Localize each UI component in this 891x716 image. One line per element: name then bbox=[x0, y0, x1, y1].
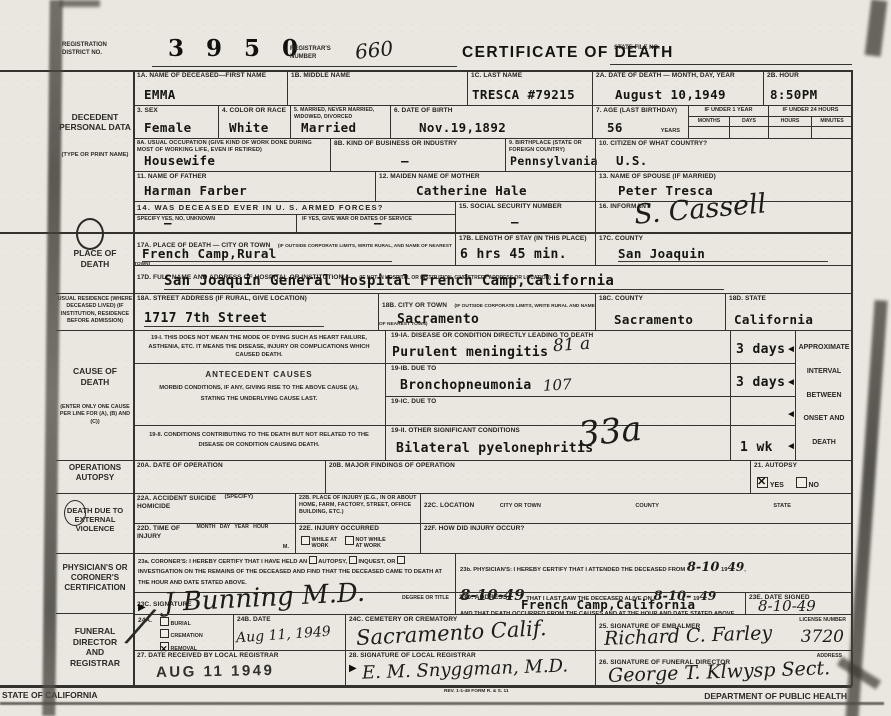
field-20a: 20a. DATE OF OPERATION bbox=[133, 460, 325, 493]
field-17b-value: 6 hrs 45 min. bbox=[460, 247, 567, 262]
rule bbox=[56, 553, 133, 554]
registrar-date-stamp: AUG 11 1949 bbox=[156, 662, 275, 681]
field-18c-value: Sacramento bbox=[614, 312, 693, 327]
field-3-label: 3. SEX bbox=[134, 106, 218, 116]
coroner-opt2: INQUEST, OR bbox=[358, 559, 395, 565]
rule bbox=[385, 330, 386, 460]
torn-edge-left bbox=[42, 0, 62, 716]
while-at-work-label: WHILE AT WORK bbox=[312, 537, 344, 549]
field-4-value: White bbox=[229, 120, 269, 135]
field-24b: 24b. DATE Aug 11, 1949 bbox=[233, 614, 345, 650]
rule bbox=[730, 330, 731, 460]
field-2a: 2a. DATE OF DEATH — MONTH, DAY, YEAR Aug… bbox=[592, 71, 763, 105]
field-22b: 22b. PLACE OF INJURY (E.G., IN OR ABOUT … bbox=[295, 493, 420, 523]
state-file-label: STATE FILE NO. bbox=[614, 45, 660, 53]
field-18b: 18b. CITY OR TOWN (IF OUTSIDE CORPORATE … bbox=[378, 293, 595, 330]
registration-district-label: REGISTRATION DISTRICT NO. bbox=[62, 42, 134, 57]
hole-punch-mark bbox=[76, 218, 104, 250]
field-3-value: Female bbox=[144, 120, 192, 135]
pointer-icon: ▶ bbox=[349, 663, 357, 674]
field-17c-label: 17c. COUNTY bbox=[596, 234, 852, 244]
physician-year-from: 49 bbox=[727, 560, 744, 574]
antecedent-title: ANTECEDENT CAUSES bbox=[140, 370, 378, 380]
field-18d-value: California bbox=[734, 312, 813, 327]
field-18d-label: 18d. STATE bbox=[726, 294, 852, 304]
edge-smudge bbox=[60, 0, 100, 7]
field-1a-value: EMMA bbox=[144, 87, 176, 102]
embalmer-license-number: 3720 bbox=[801, 627, 844, 647]
field-4: 4. COLOR OR RACE White bbox=[218, 105, 290, 138]
field-22c-state: STATE bbox=[773, 503, 791, 509]
field-under24-label: IF UNDER 24 HOURS bbox=[769, 106, 852, 114]
field-under1: IF UNDER 1 YEAR MONTHS DAYS bbox=[688, 105, 768, 138]
field-6-value: Nov.19,1892 bbox=[419, 120, 506, 135]
autopsy-no-label: NO bbox=[808, 482, 819, 489]
field-22f: 22f. HOW DID INJURY OCCUR? bbox=[420, 523, 852, 553]
field-5: 5. MARRIED, NEVER MARRIED, WIDOWED, DIVO… bbox=[290, 105, 390, 138]
field-17c: 17c. COUNTY San Joaquin bbox=[595, 234, 852, 265]
field-1a-label: 1a. NAME OF DECEASED—FIRST NAME bbox=[134, 71, 287, 81]
field-13-label: 13. NAME OF SPOUSE (IF MARRIED) bbox=[596, 172, 852, 182]
field-4-label: 4. COLOR OR RACE bbox=[219, 106, 290, 116]
field-10: 10. CITIZEN OF WHAT COUNTRY? U.S. bbox=[595, 138, 852, 171]
rule bbox=[689, 126, 769, 127]
field-10-value: U.S. bbox=[616, 153, 648, 168]
field-under24-hours: HOURS bbox=[769, 118, 811, 125]
not-while-at-work-checkbox bbox=[345, 536, 354, 545]
field-19ib-code: 107 bbox=[543, 375, 573, 394]
field-18a-value: 1717 7th Street bbox=[144, 311, 324, 327]
rule bbox=[152, 66, 457, 67]
sidebar-place-of-death: PLACE OF DEATH bbox=[65, 248, 125, 269]
field-7-unit: YEARS bbox=[661, 128, 680, 135]
field-19ia-code: 81 a bbox=[552, 334, 590, 357]
sidebar-decedent-sub: (TYPE OR PRINT NAME) bbox=[57, 152, 133, 158]
field-22b-label: 22b. PLACE OF INJURY (E.G., IN OR ABOUT … bbox=[296, 494, 420, 517]
field-14-label: 14. WAS DECEASED EVER IN U. S. ARMED FOR… bbox=[134, 202, 455, 214]
field-23c-degree-label: DEGREE OR TITLE bbox=[402, 595, 449, 602]
checkbox-x-mark: ✕ bbox=[757, 475, 766, 488]
field-22d-m: M. bbox=[283, 544, 289, 551]
autopsy-no-checkbox bbox=[796, 477, 807, 488]
field-14-sub1: SPECIFY YES, NO, UNKNOWN bbox=[137, 216, 215, 223]
field-9-value: Pennsylvania bbox=[510, 154, 598, 168]
field-8a-value: Housewife bbox=[144, 153, 215, 168]
field-22c: 22c. LOCATION CITY OR TOWN COUNTY STATE bbox=[420, 493, 852, 523]
death-certificate-scan: REGISTRATION DISTRICT NO. 3 9 5 0 REGIST… bbox=[0, 0, 891, 716]
while-at-work-checkbox bbox=[301, 536, 310, 545]
cremation-checkbox bbox=[160, 629, 169, 638]
field-17a: 17a. PLACE OF DEATH — CITY OR TOWN (IF O… bbox=[133, 234, 455, 265]
field-22d-label: 22d. TIME OF INJURY bbox=[134, 524, 192, 543]
field-19ib-label: 19-Ib. DUE TO bbox=[388, 364, 728, 374]
sidebar-certification: PHYSICIAN'S OR CORONER'S CERTIFICATION bbox=[57, 563, 133, 593]
field-22c-city: CITY OR TOWN bbox=[500, 503, 541, 509]
rule bbox=[610, 64, 852, 65]
scan-bottom-edge bbox=[0, 702, 884, 705]
field-25-license-label: LICENSE NUMBER bbox=[799, 617, 846, 624]
field-2b: 2b. HOUR 8:50PM bbox=[763, 71, 852, 105]
burial-checkbox bbox=[160, 617, 169, 626]
rule bbox=[56, 460, 133, 461]
arrow-left-icon: ◄ bbox=[786, 442, 796, 452]
field-22c-county: COUNTY bbox=[635, 503, 659, 509]
field-22d-cols: MONTH DAY YEAR HOUR bbox=[196, 524, 268, 530]
field-14-sub1-value: — bbox=[164, 215, 172, 230]
field-14-sub2-value: — bbox=[374, 215, 382, 230]
autopsy-yes-checkbox: ✕ bbox=[757, 477, 768, 488]
field-22e: 22e. INJURY OCCURRED WHILE AT WORK NOT W… bbox=[295, 523, 420, 553]
field-19ib: 19-Ib. DUE TO Bronchopneumonia 107 bbox=[388, 364, 728, 396]
field-18c: 18c. COUNTY Sacramento bbox=[595, 293, 725, 330]
field-2b-label: 2b. HOUR bbox=[764, 71, 852, 81]
field-22f-label: 22f. HOW DID INJURY OCCUR? bbox=[421, 524, 852, 534]
field-16: 16. INFORMANT S. Cassell bbox=[595, 201, 852, 232]
field-1c-value: TRESCA #79215 bbox=[472, 87, 575, 102]
field-11-value: Harman Farber bbox=[144, 183, 247, 198]
field-12: 12. MAIDEN NAME OF MOTHER Catherine Hale bbox=[375, 171, 595, 201]
field-12-label: 12. MAIDEN NAME OF MOTHER bbox=[376, 172, 595, 182]
embalmer-signature: Richard C. Farley bbox=[604, 622, 773, 650]
registrars-number-label: REGISTRAR'S NUMBER bbox=[290, 46, 348, 61]
field-8b: 8b. KIND OF BUSINESS OR INDUSTRY — bbox=[330, 138, 505, 171]
field-3: 3. SEX Female bbox=[133, 105, 218, 138]
field-18a-label: 18a. STREET ADDRESS (IF RURAL, GIVE LOCA… bbox=[134, 294, 378, 304]
form-revision-note: REV. 1-1-49 FORM R. & S. 11 bbox=[444, 689, 509, 695]
physician-lead: 23b. PHYSICIAN'S: I HEREBY CERTIFY THAT … bbox=[460, 567, 685, 573]
field-22d: 22d. TIME OF INJURY MONTH DAY YEAR HOUR … bbox=[133, 523, 295, 553]
cremation-label: CREMATION bbox=[171, 633, 203, 639]
coroner-autopsy-checkbox bbox=[309, 556, 317, 564]
field-23c: 23c. SIGNATURE ▶ J Bunning M.D. DEGREE O… bbox=[133, 592, 455, 614]
rule bbox=[56, 293, 133, 294]
interval-19ia: 3 days bbox=[736, 342, 785, 357]
field-7-label: 7. AGE (LAST BIRTHDAY) bbox=[593, 106, 688, 116]
field-under1-months: MONTHS bbox=[689, 118, 729, 125]
field-22e-label: 22e. INJURY OCCURRED bbox=[296, 524, 420, 534]
field-17d-value: San Joaquin General Hospital French Camp… bbox=[164, 273, 724, 290]
field-22c-label: 22c. LOCATION bbox=[421, 501, 477, 510]
sidebar-cause-of-death: CAUSE OF DEATH bbox=[67, 366, 123, 387]
coroner-inquest-checkbox bbox=[349, 556, 357, 564]
rule bbox=[56, 613, 133, 614]
field-2a-value: August 10,1949 bbox=[615, 87, 726, 102]
field-17c-value: San Joaquin bbox=[618, 246, 828, 262]
field-5-value: Married bbox=[301, 120, 356, 135]
field-1b: 1b. MIDDLE NAME bbox=[287, 71, 467, 105]
field-19ii-code: 33a bbox=[576, 409, 643, 455]
field-6-label: 6. DATE OF BIRTH bbox=[391, 106, 592, 116]
field-17d: 17d. FULL NAME AND ADDRESS OF HOSPITAL O… bbox=[133, 265, 852, 293]
field-24c: 24c. CEMETERY OR CREMATORY Sacramento Ca… bbox=[345, 614, 595, 650]
field-1b-label: 1b. MIDDLE NAME bbox=[288, 71, 467, 81]
field-23e-value: 8-10-49 bbox=[758, 597, 816, 615]
field-19ic: 19-Ic. DUE TO bbox=[388, 397, 728, 424]
rule bbox=[56, 493, 133, 494]
field-21-autopsy: 21. AUTOPSY ✕ YES NO bbox=[750, 460, 852, 493]
physician-date-from: 8-10 bbox=[687, 560, 720, 575]
field-8b-label: 8b. KIND OF BUSINESS OR INDUSTRY bbox=[331, 139, 505, 149]
sidebar-external-violence: DEATH DUE TO EXTERNAL VIOLENCE bbox=[66, 506, 124, 533]
field-23e: 23e. DATE SIGNED 8-10-49 bbox=[745, 592, 852, 614]
field-15: 15. SOCIAL SECURITY NUMBER — bbox=[455, 201, 595, 232]
field-1c-label: 1c. LAST NAME bbox=[468, 71, 592, 81]
field-27: 27. DATE RECEIVED BY LOCAL REGISTRAR AUG… bbox=[133, 650, 345, 686]
field-19ii-label: 19-II. OTHER SIGNIFICANT CONDITIONS bbox=[388, 426, 728, 436]
field-21-label: 21. AUTOPSY bbox=[751, 461, 852, 471]
field-9-label: 9. BIRTHPLACE (STATE OR FOREIGN COUNTRY) bbox=[506, 139, 595, 155]
field-18b-label: 18b. CITY OR TOWN bbox=[379, 301, 450, 310]
field-under1-label: IF UNDER 1 YEAR bbox=[689, 106, 768, 114]
field-18c-label: 18c. COUNTY bbox=[596, 294, 725, 304]
field-14: 14. WAS DECEASED EVER IN U. S. ARMED FOR… bbox=[133, 201, 455, 232]
field-22a-specify: (SPECIFY) bbox=[224, 494, 253, 500]
field-24a: 24a. BURIAL CREMATION ✕ REMOVAL ╱ bbox=[133, 614, 233, 650]
field-28: 28. SIGNATURE OF LOCAL REGISTRAR ▶ E. M.… bbox=[345, 650, 595, 686]
footer-state: STATE OF CALIFORNIA bbox=[2, 690, 98, 700]
field-15-value: — bbox=[511, 214, 519, 229]
district-number: 3 9 5 0 bbox=[168, 35, 305, 62]
rule bbox=[769, 126, 853, 127]
field-11: 11. NAME OF FATHER Harman Farber bbox=[133, 171, 375, 201]
handwritten-check-mark: ╱ bbox=[125, 605, 155, 649]
edge-smudge bbox=[865, 0, 888, 57]
sidebar-cause-sub: (ENTER ONLY ONE CAUSE PER LINE FOR (A), … bbox=[57, 404, 133, 426]
field-2b-value: 8:50PM bbox=[770, 87, 818, 102]
field-20a-label: 20a. DATE OF OPERATION bbox=[134, 461, 325, 471]
registrars-number-handwritten: 660 bbox=[354, 36, 394, 64]
field-22a: 22a. ACCIDENT SUICIDE HOMICIDE (SPECIFY) bbox=[133, 493, 295, 523]
sidebar-decedent-personal-data: DECEDENT PERSONAL DATA bbox=[57, 112, 133, 132]
field-17b-label: 17b. LENGTH OF STAY (IN THIS PLACE) bbox=[456, 234, 595, 244]
field-7-value: 56 bbox=[607, 120, 623, 135]
arrow-left-icon: ◄ bbox=[786, 410, 796, 420]
rule bbox=[134, 214, 456, 215]
field-19ic-label: 19-Ic. DUE TO bbox=[388, 397, 728, 407]
field-25: 25. SIGNATURE OF EMBALMER LICENSE NUMBER… bbox=[595, 614, 852, 650]
rule bbox=[133, 330, 134, 460]
field-14-sub2: IF YES, GIVE WAR OR DATES OF SERVICE bbox=[302, 216, 412, 223]
field-7: 7. AGE (LAST BIRTHDAY) 56 YEARS bbox=[592, 105, 688, 138]
interval-column-label: APPROXIMATE INTERVAL BETWEEN ONSET AND D… bbox=[798, 336, 850, 455]
field-15-label: 15. SOCIAL SECURITY NUMBER bbox=[456, 202, 595, 212]
footer-department: DEPARTMENT OF PUBLIC HEALTH bbox=[704, 691, 847, 701]
burial-label: BURIAL bbox=[171, 621, 191, 627]
field-under24-minutes: MINUTES bbox=[811, 118, 853, 125]
coroner-investigation-checkbox bbox=[397, 556, 405, 564]
field-under1-days: DAYS bbox=[729, 118, 769, 125]
arrow-left-icon: ◄ bbox=[786, 378, 796, 388]
field-10-label: 10. CITIZEN OF WHAT COUNTRY? bbox=[596, 139, 852, 149]
field-9: 9. BIRTHPLACE (STATE OR FOREIGN COUNTRY)… bbox=[505, 138, 595, 171]
field-19ii: 19-II. OTHER SIGNIFICANT CONDITIONS Bila… bbox=[388, 426, 728, 459]
field-2a-label: 2a. DATE OF DEATH — MONTH, DAY, YEAR bbox=[593, 71, 763, 81]
autopsy-yes-label: YES bbox=[770, 482, 784, 489]
field-8a: 8a. USUAL OCCUPATION (GIVE KIND OF WORK … bbox=[133, 138, 330, 171]
interval-19ii: 1 wk bbox=[740, 440, 773, 455]
field-11-label: 11. NAME OF FATHER bbox=[134, 172, 375, 182]
cause-note-19i: 19-I. THIS DOES NOT MEAN THE MODE OF DYI… bbox=[140, 334, 378, 360]
field-18b-value: Sacramento bbox=[397, 312, 479, 327]
antecedent-note: MORBID CONDITIONS, IF ANY, GIVING RISE T… bbox=[155, 383, 363, 405]
coroner-opt1: AUTOPSY, bbox=[318, 559, 347, 565]
cause-note-19ii: 19-II. CONDITIONS CONTRIBUTING TO THE DE… bbox=[140, 431, 378, 451]
field-17a-value: French Camp,Rural bbox=[142, 246, 392, 262]
field-20b: 20b. MAJOR FINDINGS OF OPERATION bbox=[325, 460, 750, 493]
field-20b-label: 20b. MAJOR FINDINGS OF OPERATION bbox=[326, 461, 750, 471]
sidebar-usual-residence: USUAL RESIDENCE (WHERE DECEASED LIVED) (… bbox=[57, 296, 133, 325]
sidebar-operations-autopsy: OPERATIONS AUTOPSY bbox=[57, 463, 133, 482]
field-1c: 1c. LAST NAME TRESCA #79215 bbox=[467, 71, 592, 105]
field-19ib-value: Bronchopneumonia bbox=[400, 378, 532, 393]
coroner-lead: 23a. CORONER'S: I HEREBY CERTIFY THAT I … bbox=[138, 559, 307, 565]
field-6: 6. DATE OF BIRTH Nov.19,1892 bbox=[390, 105, 592, 138]
field-22a-label: 22a. ACCIDENT SUICIDE HOMICIDE bbox=[134, 494, 220, 513]
interval-19ib: 3 days bbox=[736, 375, 785, 390]
field-18d: 18d. STATE California bbox=[725, 293, 852, 330]
field-23d-value: French Camp,California bbox=[521, 597, 695, 612]
arrow-left-icon: ◄ bbox=[786, 345, 796, 355]
field-17b: 17b. LENGTH OF STAY (IN THIS PLACE) 6 hr… bbox=[455, 234, 595, 265]
not-while-at-work-label: NOT WHILE AT WORK bbox=[356, 537, 392, 549]
field-27-label: 27. DATE RECEIVED BY LOCAL REGISTRAR bbox=[134, 651, 345, 661]
field-26: 26. SIGNATURE OF FUNERAL DIRECTOR ADDRES… bbox=[595, 650, 852, 686]
field-18a: 18a. STREET ADDRESS (IF RURAL, GIVE LOCA… bbox=[133, 293, 378, 330]
field-19ii-value: Bilateral pyelonephritis bbox=[396, 441, 593, 456]
field-24b-value: Aug 11, 1949 bbox=[236, 624, 332, 647]
field-19ia-value: Purulent meningitis bbox=[392, 345, 548, 360]
rule bbox=[56, 330, 133, 331]
sidebar-funeral-director: FUNERAL DIRECTOR AND REGISTRAR bbox=[64, 626, 126, 669]
field-1a: 1a. NAME OF DECEASED—FIRST NAME EMMA bbox=[133, 71, 287, 105]
field-19ia: 19-Ia. DISEASE OR CONDITION DIRECTLY LEA… bbox=[388, 331, 728, 363]
field-8b-value: — bbox=[401, 153, 409, 168]
field-12-value: Catherine Hale bbox=[416, 183, 527, 198]
field-23d: 23d. ADDRESS French Camp,California bbox=[455, 592, 745, 614]
field-23b: 23b. PHYSICIAN'S: I HEREBY CERTIFY THAT … bbox=[455, 553, 852, 592]
field-under24: IF UNDER 24 HOURS HOURS MINUTES bbox=[768, 105, 852, 138]
rule bbox=[296, 214, 297, 233]
